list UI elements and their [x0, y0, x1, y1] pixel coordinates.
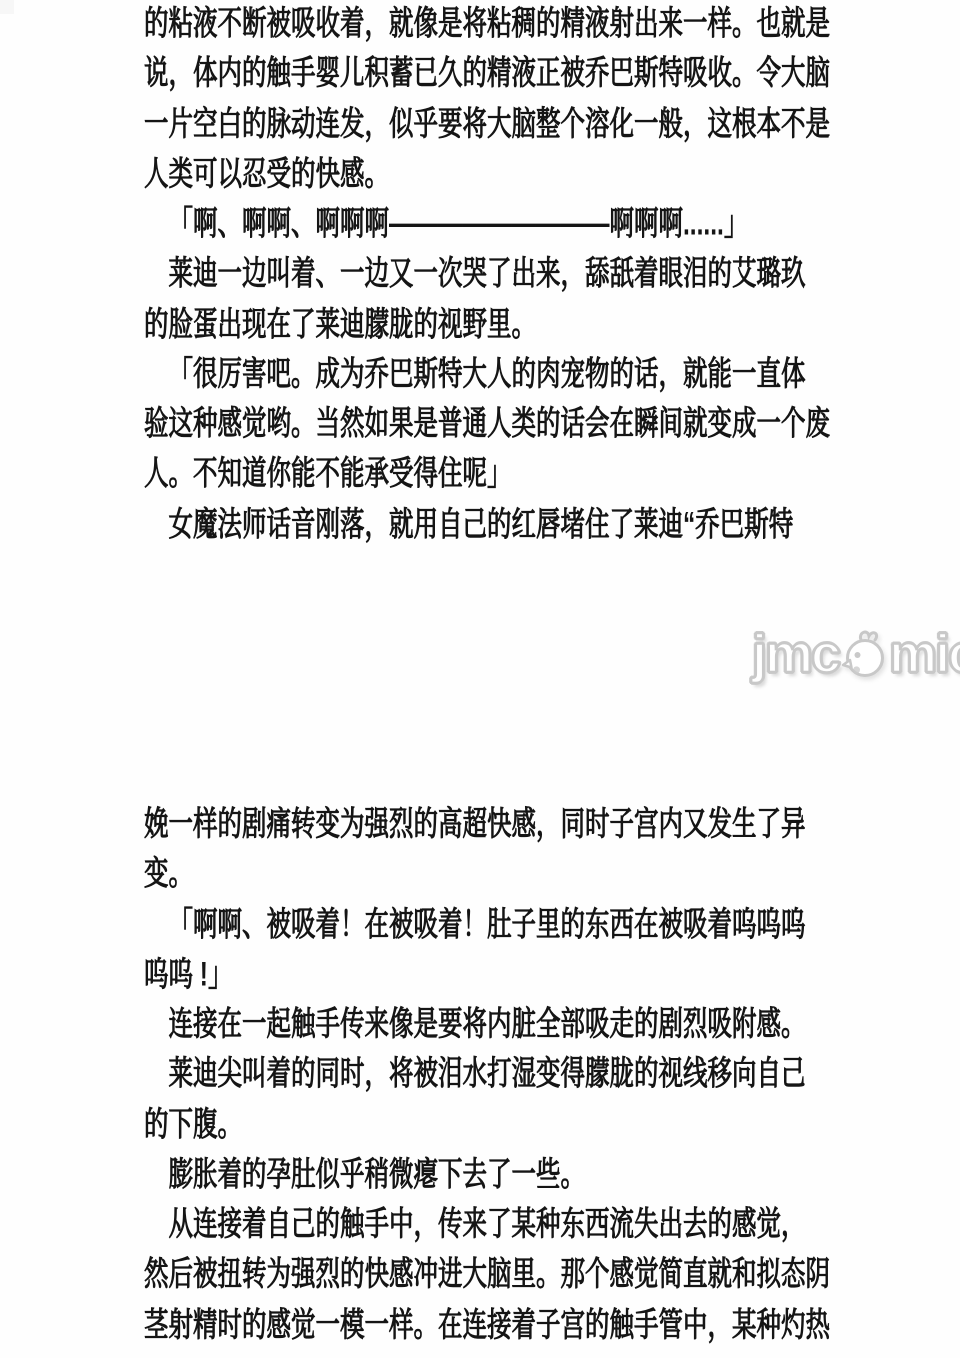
paragraph: 莱迪一边叫着、一边又一次哭了出来，舔舐着眼泪的艾璐玖 的脸蛋出现在了莱迪朦胧的视… [144, 250, 850, 350]
paragraph: 膨胀着的孕肚似乎稍微瘪下去了一些。 [144, 1151, 850, 1201]
paragraph: 莱迪尖叫着的同时，将被泪水打湿变得朦胧的视线移向自己 的下腹。 [144, 1051, 850, 1151]
scan-artifact [0, 0, 14, 14]
paragraph: 娩一样的剧痛转变为强烈的高超快感，同时子宫内又发生了异 变。 [144, 800, 850, 900]
paragraph: 女魔法师话音刚落，就用自己的红唇堵住了莱迪“乔巴斯特 [144, 500, 850, 550]
text-column: 的粘液不断被吸收着，就像是将粘稠的精液射出来一样。也就是 说，体内的触手婴儿积蓄… [144, 0, 850, 1351]
reader-page: 的粘液不断被吸收着，就像是将粘稠的精液射出来一样。也就是 说，体内的触手婴儿积蓄… [0, 0, 960, 1358]
paragraph: 「啊、啊啊、啊啊啊—————————啊啊啊......」 [144, 200, 850, 250]
paragraph: 的粘液不断被吸收着，就像是将粘稠的精液射出来一样。也就是 说，体内的触手婴儿积蓄… [144, 0, 850, 200]
blank-gap [144, 550, 850, 800]
watermark-text-right: mic [889, 623, 960, 685]
paragraph: 连接在一起触手传来像是要将内脏全部吸走的剧烈吸附感。 [144, 1001, 850, 1051]
paragraph: 「啊啊、被吸着！在被吸着！肚子里的东西在被吸着呜呜呜 呜呜 !」 [144, 900, 850, 1000]
paragraph: 「很厉害吧。成为乔巴斯特大人的肉宠物的话，就能一直体 验这种感觉哟。当然如果是普… [144, 350, 850, 500]
paragraph: 从连接着自己的触手中，传来了某种东西流失出去的感觉， 然后被扭转为强烈的快感冲进… [144, 1201, 850, 1351]
